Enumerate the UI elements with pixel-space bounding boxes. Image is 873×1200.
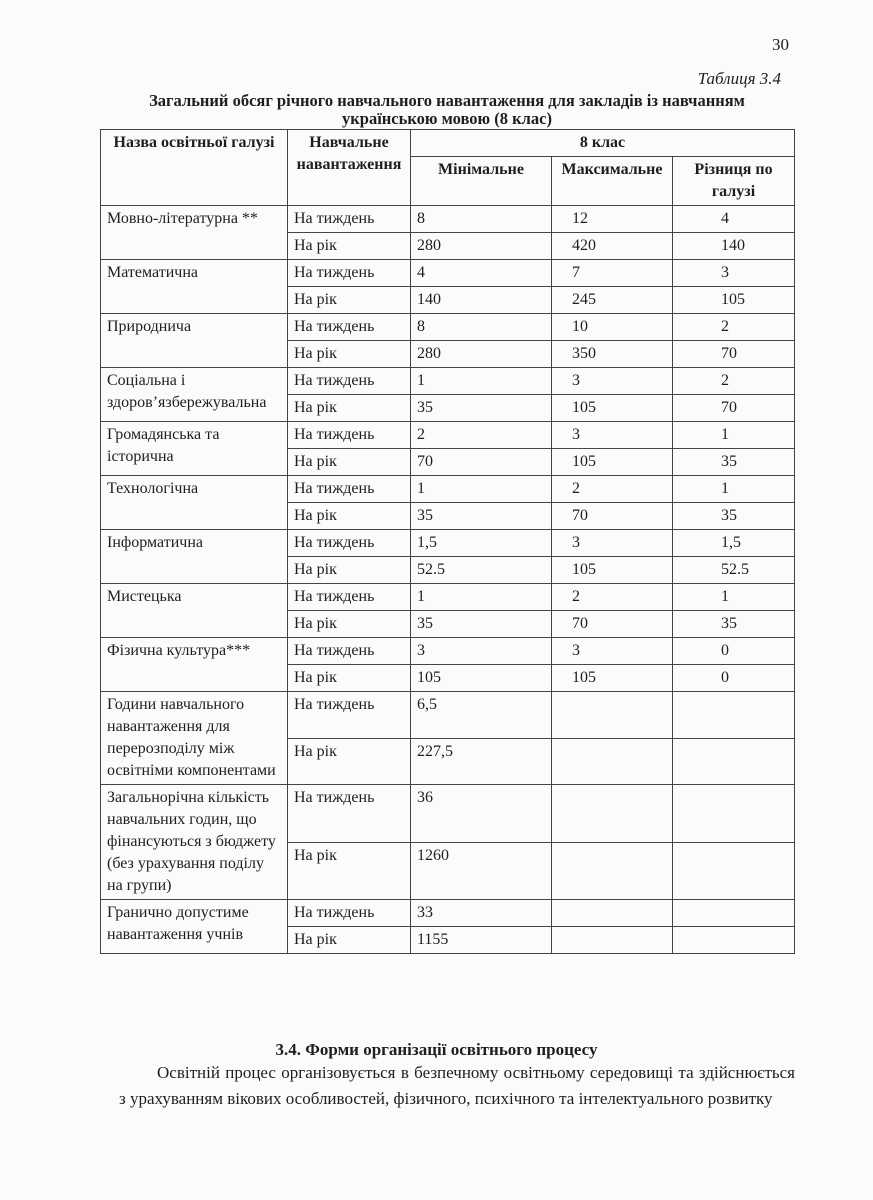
min-value: 1155	[411, 927, 552, 954]
header-diff: Різниця по галузі	[673, 157, 795, 206]
table-row: Соціальна і здоров’язбережувальнаНа тижд…	[101, 368, 795, 395]
max-value: 12	[552, 206, 673, 233]
min-value: 52.5	[411, 557, 552, 584]
subject-name: Години навчального навантаження для пере…	[101, 692, 288, 785]
period-label: На рік	[288, 611, 411, 638]
period-label: На рік	[288, 449, 411, 476]
diff-value: 35	[673, 611, 795, 638]
diff-value: 0	[673, 638, 795, 665]
header-min: Мінімальне	[411, 157, 552, 206]
header-grade: 8 клас	[411, 130, 795, 157]
min-value: 70	[411, 449, 552, 476]
min-value: 35	[411, 611, 552, 638]
min-value: 35	[411, 503, 552, 530]
diff-value: 0	[673, 665, 795, 692]
diff-value: 140	[673, 233, 795, 260]
period-label: На тиждень	[288, 584, 411, 611]
max-value: 3	[552, 638, 673, 665]
table-row: ПриродничаНа тиждень8102	[101, 314, 795, 341]
max-value: 105	[552, 557, 673, 584]
min-value: 1	[411, 476, 552, 503]
table-row: МатематичнаНа тиждень473	[101, 260, 795, 287]
max-value	[552, 842, 673, 900]
max-value: 3	[552, 368, 673, 395]
diff-value: 1	[673, 476, 795, 503]
diff-value: 35	[673, 449, 795, 476]
subject-name: Технологічна	[101, 476, 288, 530]
period-label: На рік	[288, 557, 411, 584]
table-row: Загальнорічна кількість навчальних годин…	[101, 785, 795, 843]
min-value: 1260	[411, 842, 552, 900]
min-value: 3	[411, 638, 552, 665]
max-value: 2	[552, 584, 673, 611]
period-label: На рік	[288, 665, 411, 692]
subject-name: Загальнорічна кількість навчальних годин…	[101, 785, 288, 900]
header-load: Навчальне навантаження	[288, 130, 411, 206]
max-value: 420	[552, 233, 673, 260]
period-label: На тиждень	[288, 368, 411, 395]
max-value: 3	[552, 530, 673, 557]
min-value: 4	[411, 260, 552, 287]
table-row: Громадянська та історичнаНа тиждень231	[101, 422, 795, 449]
min-value: 2	[411, 422, 552, 449]
max-value: 10	[552, 314, 673, 341]
min-value: 6,5	[411, 692, 552, 739]
table-body: Мовно-літературна **На тиждень8124На рік…	[101, 206, 795, 954]
diff-value: 2	[673, 314, 795, 341]
diff-value: 3	[673, 260, 795, 287]
diff-value	[673, 785, 795, 843]
diff-value: 1	[673, 584, 795, 611]
min-value: 105	[411, 665, 552, 692]
table-header-row: Назва освітньої галузі Навчальне наванта…	[101, 130, 795, 157]
period-label: На рік	[288, 395, 411, 422]
min-value: 140	[411, 287, 552, 314]
period-label: На тиждень	[288, 260, 411, 287]
min-value: 280	[411, 341, 552, 368]
max-value	[552, 900, 673, 927]
diff-value: 35	[673, 503, 795, 530]
min-value: 36	[411, 785, 552, 843]
max-value: 105	[552, 395, 673, 422]
period-label: На тиждень	[288, 530, 411, 557]
min-value: 1	[411, 584, 552, 611]
subject-name: Соціальна і здоров’язбережувальна	[101, 368, 288, 422]
table-row: ІнформатичнаНа тиждень1,531,5	[101, 530, 795, 557]
study-load-table: Назва освітньої галузі Навчальне наванта…	[100, 129, 795, 954]
min-value: 8	[411, 314, 552, 341]
max-value	[552, 927, 673, 954]
subject-name: Громадянська та історична	[101, 422, 288, 476]
max-value	[552, 785, 673, 843]
max-value: 70	[552, 611, 673, 638]
table-row: МистецькаНа тиждень121	[101, 584, 795, 611]
diff-value: 1	[673, 422, 795, 449]
table-row: Мовно-літературна **На тиждень8124	[101, 206, 795, 233]
diff-value	[673, 900, 795, 927]
diff-value: 2	[673, 368, 795, 395]
period-label: На рік	[288, 738, 411, 785]
diff-value: 52.5	[673, 557, 795, 584]
subject-name: Мовно-літературна **	[101, 206, 288, 260]
diff-value	[673, 927, 795, 954]
header-max: Максимальне	[552, 157, 673, 206]
period-label: На тиждень	[288, 422, 411, 449]
period-label: На рік	[288, 287, 411, 314]
diff-value: 105	[673, 287, 795, 314]
max-value: 2	[552, 476, 673, 503]
page-number: 30	[772, 35, 789, 55]
subject-name: Математична	[101, 260, 288, 314]
header-subject: Назва освітньої галузі	[101, 130, 288, 206]
period-label: На рік	[288, 341, 411, 368]
subject-name: Гранично допустиме навантаження учнів	[101, 900, 288, 954]
table-row: Години навчального навантаження для пере…	[101, 692, 795, 739]
section-paragraph: Освітній процес організовується в безпеч…	[119, 1060, 795, 1112]
period-label: На рік	[288, 842, 411, 900]
period-label: На тиждень	[288, 638, 411, 665]
period-label: На тиждень	[288, 900, 411, 927]
table-row: ТехнологічнаНа тиждень121	[101, 476, 795, 503]
subject-name: Мистецька	[101, 584, 288, 638]
subject-name: Природнича	[101, 314, 288, 368]
period-label: На тиждень	[288, 314, 411, 341]
diff-value: 1,5	[673, 530, 795, 557]
max-value: 7	[552, 260, 673, 287]
period-label: На тиждень	[288, 785, 411, 843]
min-value: 227,5	[411, 738, 552, 785]
max-value: 3	[552, 422, 673, 449]
min-value: 8	[411, 206, 552, 233]
diff-value	[673, 842, 795, 900]
max-value: 350	[552, 341, 673, 368]
table-title: Загальний обсяг річного навчального нава…	[100, 92, 794, 128]
diff-value: 4	[673, 206, 795, 233]
table-row: Фізична культура***На тиждень330	[101, 638, 795, 665]
diff-value: 70	[673, 395, 795, 422]
diff-value	[673, 692, 795, 739]
subject-name: Інформатична	[101, 530, 288, 584]
max-value: 105	[552, 665, 673, 692]
subject-name: Фізична культура***	[101, 638, 288, 692]
diff-value	[673, 738, 795, 785]
period-label: На тиждень	[288, 206, 411, 233]
max-value	[552, 738, 673, 785]
section-heading: 3.4. Форми організації освітнього процес…	[0, 1040, 873, 1060]
max-value: 105	[552, 449, 673, 476]
max-value: 70	[552, 503, 673, 530]
min-value: 35	[411, 395, 552, 422]
period-label: На тиждень	[288, 476, 411, 503]
period-label: На рік	[288, 927, 411, 954]
min-value: 1	[411, 368, 552, 395]
max-value: 245	[552, 287, 673, 314]
period-label: На рік	[288, 503, 411, 530]
min-value: 280	[411, 233, 552, 260]
table-caption: Таблиця 3.4	[698, 69, 781, 89]
min-value: 33	[411, 900, 552, 927]
diff-value: 70	[673, 341, 795, 368]
table-row: Гранично допустиме навантаження учнівНа …	[101, 900, 795, 927]
min-value: 1,5	[411, 530, 552, 557]
max-value	[552, 692, 673, 739]
period-label: На тиждень	[288, 692, 411, 739]
period-label: На рік	[288, 233, 411, 260]
